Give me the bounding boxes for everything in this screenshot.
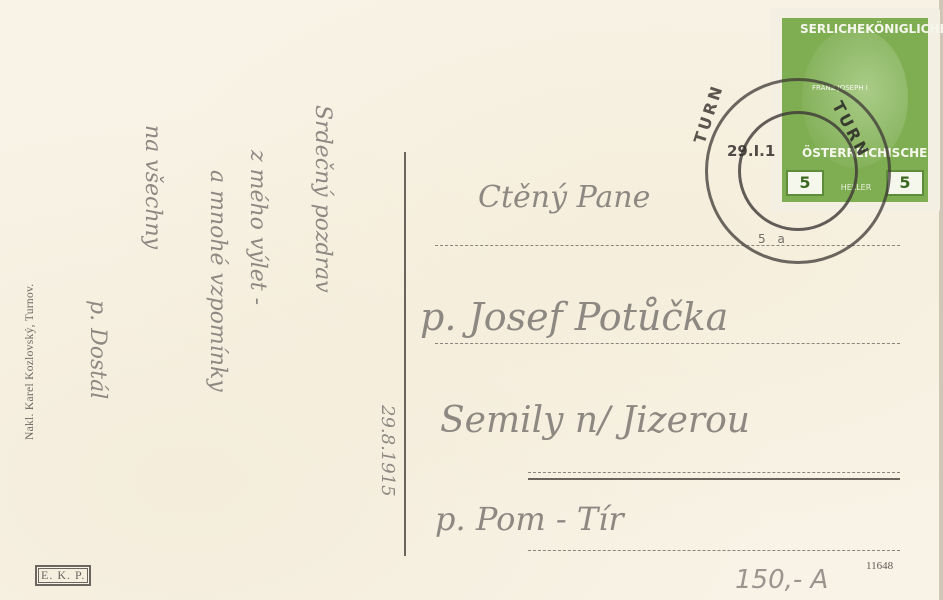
address-name: p. Josef Potůčka: [420, 295, 728, 339]
address-line-3: [528, 472, 900, 473]
address-salutation: Ctěný Pane: [478, 180, 650, 215]
serial-number: 11648: [866, 560, 893, 572]
address-line-2: [435, 343, 900, 344]
archive-pencil-note: 150,- A: [735, 565, 828, 595]
publisher-imprint: Nakl. Karel Kozlovský, Turnov.: [24, 284, 36, 440]
postmark-date: 29.I.1: [727, 142, 775, 160]
divider-line: [404, 152, 406, 556]
postmark-code: 5 a: [758, 232, 789, 246]
address-underline: [528, 478, 900, 480]
address-line-4: [528, 550, 900, 551]
address-post: p. Pom - Tír: [435, 500, 624, 538]
postcard-back: Nakl. Karel Kozlovský, Turnov. E. K. P. …: [0, 0, 943, 600]
message-line-4: na všechny: [140, 125, 165, 249]
publisher-logo: E. K. P.: [35, 565, 91, 586]
message-line-2: z mého výlet -: [245, 150, 270, 305]
message-line-1: Srdečný pozdrav: [310, 105, 335, 293]
stamp-value-right: 5: [886, 170, 924, 196]
message-line-5: p. Dostál: [85, 300, 110, 399]
address-town: Semily n/ Jizerou: [440, 400, 750, 441]
postmark-outer-ring: [705, 78, 891, 264]
stamp-top-text: SERLICHEKÖNIGLICHE: [800, 22, 943, 36]
message-line-3: a mnohé vzpomínky: [205, 170, 230, 392]
message-date: 29.8.1915: [377, 405, 398, 497]
